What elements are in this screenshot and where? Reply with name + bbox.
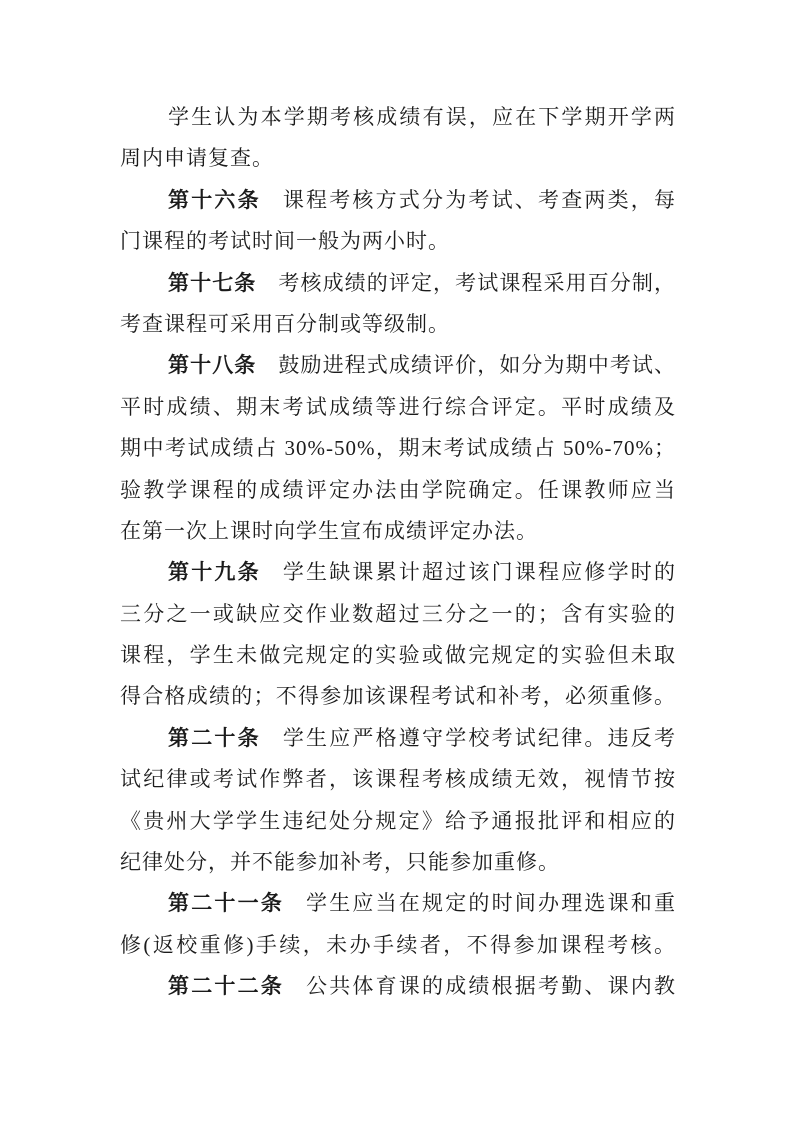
line-text: 门课程的考试时间一般为两小时。 [120, 229, 450, 253]
text-line: 试纪律或考试作弊者，该课程考核成绩无效，视情节按 [120, 759, 676, 800]
line-text: 考核成绩的评定，考试课程采用百分制， [278, 271, 676, 295]
text-line: 考查课程可采用百分制或等级制。 [120, 304, 676, 345]
article-number: 第二十一条 [168, 891, 306, 915]
text-line: 纪律处分，并不能参加补考，只能参加重修。 [120, 842, 676, 883]
line-text: 验教学课程的成绩评定办法由学院确定。任课教师应当 [120, 478, 676, 502]
text-line: 第二十条学生应严格遵守学校考试纪律。违反考 [120, 718, 676, 759]
text-line: 三分之一或缺应交作业数超过三分之一的；含有实验的 [120, 594, 676, 635]
line-text: 课程，学生未做完规定的实验或做完规定的实验但未取 [120, 643, 676, 667]
line-text: 学生应当在规定的时间办理选课和重 [306, 891, 676, 915]
text-line: 学生认为本学期考核成绩有误，应在下学期开学两 [120, 97, 676, 138]
text-line: 《贵州大学学生违纪处分规定》给予通报批评和相应的 [120, 801, 676, 842]
text-line: 期中考试成绩占 30%-50%，期末考试成绩占 50%-70%；实 [120, 428, 676, 469]
text-line: 第十六条课程考核方式分为考试、考查两类，每 [120, 180, 676, 221]
line-text: 学生认为本学期考核成绩有误，应在下学期开学两 [168, 105, 676, 129]
article-number: 第十七条 [168, 271, 278, 295]
text-line: 得合格成绩的；不得参加该课程考试和补考，必须重修。 [120, 676, 676, 717]
line-text: 课程考核方式分为考试、考查两类，每 [283, 188, 676, 212]
line-text: 考查课程可采用百分制或等级制。 [120, 312, 450, 336]
text-line: 第十九条学生缺课累计超过该门课程应修学时的 [120, 552, 676, 593]
line-text: 纪律处分，并不能参加补考，只能参加重修。 [120, 850, 560, 874]
line-text: 期中考试成绩占 30%-50%，期末考试成绩占 50%-70%；实 [120, 436, 676, 469]
line-text: 得合格成绩的；不得参加该课程考试和补考，必须重修。 [120, 684, 676, 708]
line-text: 修(返校重修)手续，未办手续者，不得参加课程考核。 [120, 933, 676, 957]
line-text: 平时成绩、期末考试成绩等进行综合评定。平时成绩及 [120, 395, 676, 419]
text-line: 课程，学生未做完规定的实验或做完规定的实验但未取 [120, 635, 676, 676]
line-text: 在第一次上课时向学生宣布成绩评定办法。 [120, 519, 538, 543]
text-line: 修(返校重修)手续，未办手续者，不得参加课程考核。 [120, 925, 676, 966]
article-number: 第十六条 [168, 188, 283, 212]
text-line: 门课程的考试时间一般为两小时。 [120, 221, 676, 262]
text-line: 验教学课程的成绩评定办法由学院确定。任课教师应当 [120, 470, 676, 511]
line-text: 三分之一或缺应交作业数超过三分之一的；含有实验的 [120, 602, 676, 626]
document-body: 学生认为本学期考核成绩有误，应在下学期开学两周内申请复查。第十六条课程考核方式分… [120, 97, 676, 1008]
text-line: 第二十一条学生应当在规定的时间办理选课和重 [120, 883, 676, 924]
line-text: 学生应严格遵守学校考试纪律。违反考 [283, 726, 676, 750]
article-number: 第二十二条 [168, 974, 306, 998]
line-text: 公共体育课的成绩根据考勤、课内教 [306, 974, 676, 998]
line-text: 鼓励进程式成绩评价，如分为期中考试、 [278, 353, 676, 377]
line-text: 《贵州大学学生违纪处分规定》给予通报批评和相应的 [120, 809, 676, 833]
line-text: 学生缺课累计超过该门课程应修学时的 [283, 560, 676, 584]
text-line: 第十八条鼓励进程式成绩评价，如分为期中考试、 [120, 345, 676, 386]
article-number: 第二十条 [168, 726, 283, 750]
text-line: 周内申请复查。 [120, 138, 676, 179]
text-line: 第十七条考核成绩的评定，考试课程采用百分制， [120, 263, 676, 304]
text-line: 第二十二条公共体育课的成绩根据考勤、课内教 [120, 966, 676, 1007]
document-page: 学生认为本学期考核成绩有误，应在下学期开学两周内申请复查。第十六条课程考核方式分… [0, 0, 794, 1123]
article-number: 第十八条 [168, 353, 278, 377]
text-line: 平时成绩、期末考试成绩等进行综合评定。平时成绩及 [120, 387, 676, 428]
line-text: 试纪律或考试作弊者，该课程考核成绩无效，视情节按 [120, 767, 676, 791]
article-number: 第十九条 [168, 560, 283, 584]
text-line: 在第一次上课时向学生宣布成绩评定办法。 [120, 511, 676, 552]
line-text: 周内申请复查。 [120, 146, 274, 170]
